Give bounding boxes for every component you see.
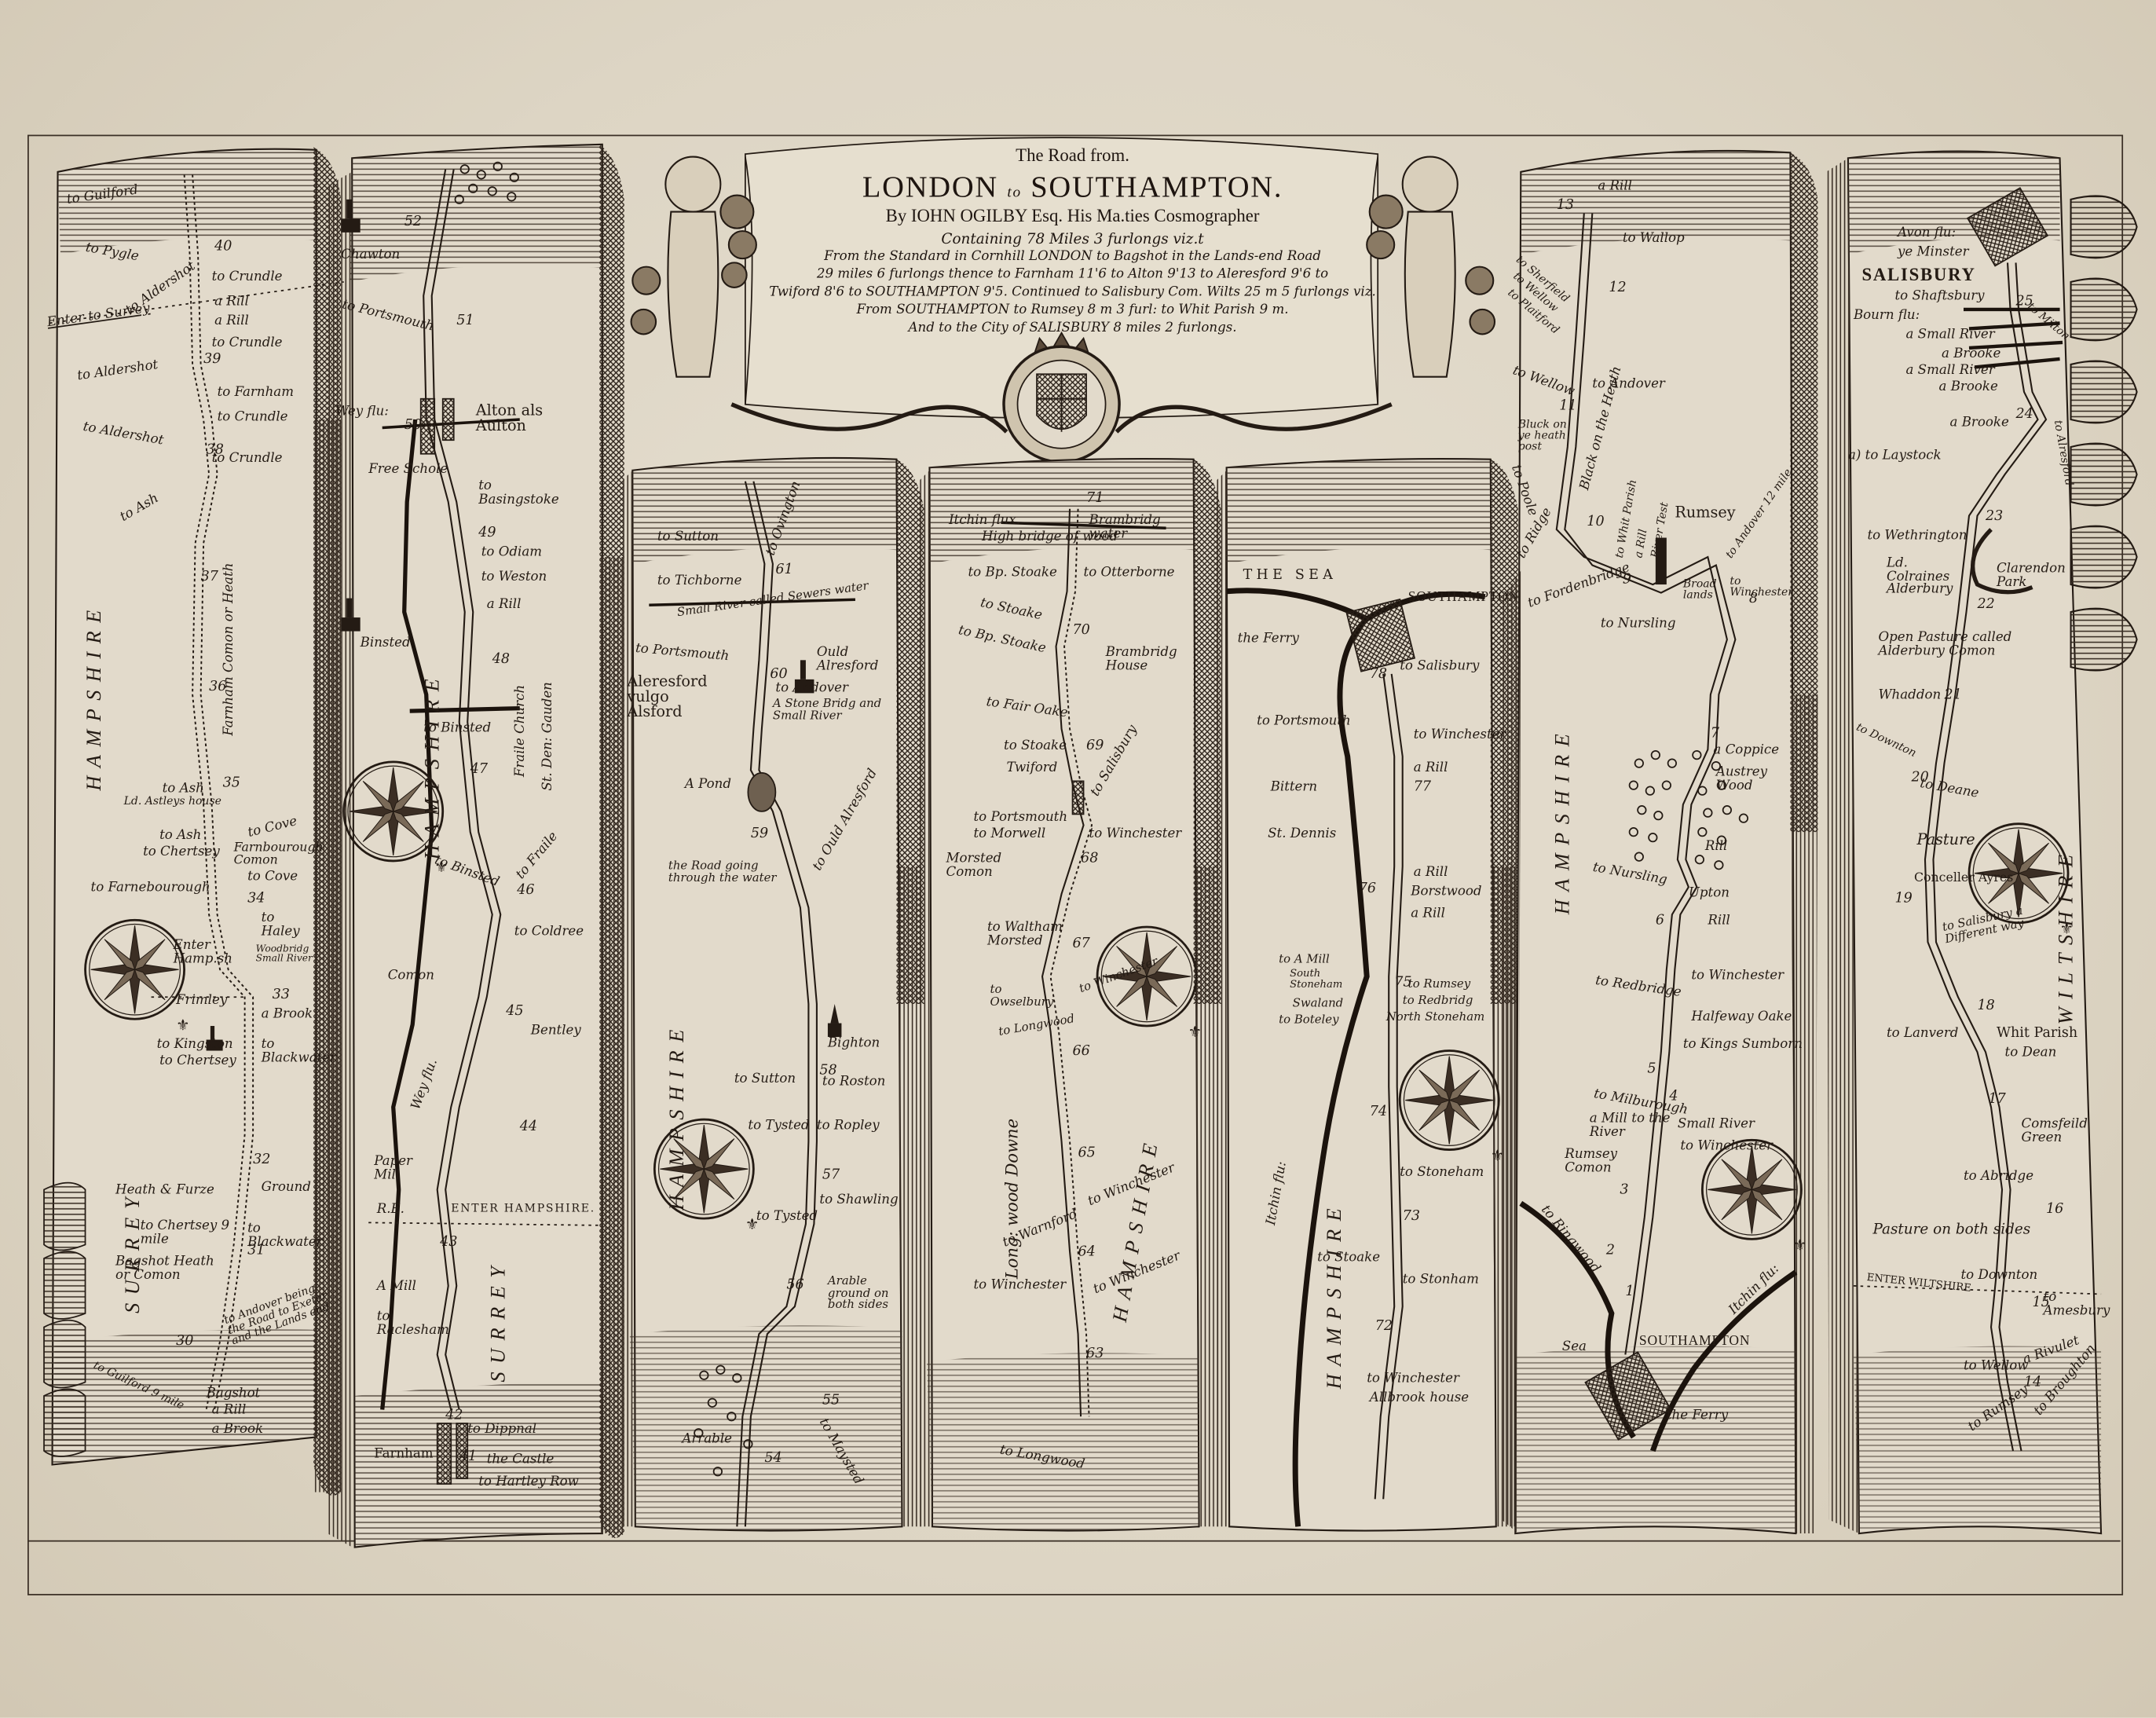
area-label: Pasture	[1916, 832, 1975, 847]
place-label: to Tichborne	[657, 575, 742, 588]
place-label: to Rumsey	[1408, 979, 1470, 991]
county-label-hampshire: HAMPSHIRE	[423, 671, 444, 859]
stream-label: a Rill	[1411, 907, 1445, 921]
mile-marker: 50	[404, 419, 422, 434]
place-label: to Weston	[481, 571, 547, 584]
town-label: Twiford	[1007, 762, 1058, 775]
county-label-hampshire: HAMPSHIRE	[1326, 1200, 1346, 1389]
stream-label: a Brooke	[1949, 416, 2008, 430]
mile-marker: 48	[492, 654, 510, 668]
mile-marker: 63	[1086, 1348, 1104, 1362]
town-label: Aleresford vulgo Alsford	[627, 674, 726, 720]
house-label: Ld. Colraines Alderbury	[1887, 557, 1969, 596]
mile-marker: 77	[1414, 781, 1431, 795]
place-label: to Shawling	[819, 1194, 898, 1207]
place-label: R.E.	[377, 1203, 404, 1217]
stream-label: a Rill	[214, 315, 249, 328]
mile-marker: 36	[209, 681, 226, 695]
place-label: to Crundle	[212, 271, 283, 284]
area-label: Arable ground on both sides	[828, 1277, 910, 1312]
mile-marker: 59	[751, 828, 768, 842]
town-label-southampton: SOUTHAMPTON	[1639, 1335, 1751, 1350]
place-label: Bentley	[531, 1024, 581, 1038]
place-label: to Roston	[822, 1075, 885, 1089]
place-label: to Cove	[247, 870, 298, 884]
strip-2: 52 Chawton to Portsmouth 51 Wey flu: Alt…	[328, 145, 633, 1520]
mile-marker: 31	[247, 1244, 265, 1258]
title-detail-line: And to the City of SALISBURY 8 miles 2 f…	[729, 319, 1416, 337]
place-label: to Waltham Morsted	[987, 921, 1064, 947]
place-label: Swaland	[1293, 998, 1344, 1010]
place-label: to Owselbury	[990, 985, 1060, 1009]
area-label: Ground	[262, 1181, 311, 1195]
stream-label: a Rill	[1598, 180, 1632, 193]
county-label-hampshire: HAMPSHIRE	[86, 602, 106, 790]
place-label: ye Minster	[1898, 246, 1969, 259]
place-label: Comsfeild Green	[2022, 1118, 2091, 1144]
title-author: By IOHN OGILBY Esq. His Ma.ties Cosmogra…	[729, 205, 1416, 227]
river-label: Avon flu:	[1898, 227, 1956, 240]
mile-marker: 41	[459, 1451, 477, 1465]
place-label: to Morwell	[973, 828, 1045, 841]
mile-marker: 11	[1559, 400, 1576, 414]
place-label: to Winchester	[1680, 1140, 1773, 1153]
strip-7: Avon flu: ye Minster SALISBURY 25 to Sha…	[1826, 145, 2156, 1520]
area-label: Comon	[388, 969, 434, 983]
place-label: to Coldree	[514, 925, 584, 939]
mile-marker: 18	[1978, 1000, 1995, 1014]
place-label: to Kings Sumborn	[1683, 1038, 1803, 1052]
title-detail-line: From the Standard in Cornhill LONDON to …	[729, 247, 1416, 266]
place-label: North Stoneham	[1386, 1013, 1485, 1024]
town-label-southampton: SOUTHAMPTON	[1408, 592, 1491, 606]
place-label: a) to Laystock	[1848, 449, 1942, 463]
mile-marker: 45	[506, 1006, 523, 1020]
place-label: to Wethrington	[1867, 529, 1967, 543]
river-label: Woodbridg Small River	[256, 945, 322, 965]
mile-marker: 17	[1989, 1093, 2006, 1108]
mile-marker: 78	[1370, 669, 1387, 683]
place-label: to Dean	[2005, 1046, 2057, 1060]
place-label: to Blackwater	[262, 1038, 317, 1064]
mile-marker: 32	[253, 1154, 270, 1168]
place-label: Chawton	[341, 249, 400, 262]
county-label-hampshire: HAMPSHIRE	[1554, 726, 1574, 914]
sea-label: Sea	[1562, 1341, 1587, 1354]
mile-marker: 55	[822, 1394, 840, 1408]
town-label: Alton als Aulton	[476, 403, 558, 434]
title-route: LONDON to SOUTHAMPTON.	[729, 169, 1416, 205]
mill-label: a Mill to the River	[1590, 1112, 1672, 1138]
place-label: to Wellow	[1964, 1360, 2028, 1373]
mile-marker: 72	[1375, 1321, 1393, 1335]
strip-3: to Sutton to Ovington 61 to Tichborne Sm…	[621, 454, 927, 1527]
title-destination: SOUTHAMPTON.	[1030, 169, 1283, 203]
mile-marker: 71	[1086, 493, 1104, 507]
mile-marker: 33	[273, 989, 290, 1003]
mile-marker: 22	[1978, 599, 1995, 613]
mile-marker: 39	[203, 353, 221, 368]
place-label: to Chertsey 9 mile	[141, 1220, 251, 1246]
county-boundary-label: ENTER HAMPSHIRE.	[451, 1203, 595, 1214]
mile-marker: 56	[786, 1279, 803, 1293]
place-label: to Binsted	[423, 722, 491, 735]
house-label: Conceller Ayres	[1914, 874, 2013, 886]
area-label: Pasture on both sides	[1872, 1222, 2030, 1236]
place-label: Fraile Church	[514, 685, 528, 777]
mile-marker: 65	[1078, 1147, 1096, 1161]
river-label: Bourn flu:	[1854, 310, 1920, 323]
place-label: to Winchester	[1691, 969, 1784, 983]
place-label: to Kingston	[157, 1038, 233, 1052]
mile-marker: 66	[1073, 1046, 1090, 1060]
mile-marker: 16	[2046, 1203, 2063, 1218]
place-label: Bagshot	[207, 1387, 261, 1401]
place-label: St. Dennis	[1268, 828, 1336, 841]
bridge-label: A Stone Bridg and Small River	[773, 698, 883, 722]
place-label: to Salisbury	[1400, 660, 1479, 673]
place-label: to Andover	[775, 682, 848, 695]
park-label: Clarendon Park	[1997, 562, 2079, 588]
area-label: Farnham Comon or Heath	[223, 563, 236, 736]
wood-label: Austrey Wood	[1716, 766, 1771, 792]
mile-marker: 51	[456, 315, 474, 329]
strip-2-scroll	[328, 145, 633, 1520]
title-line-1: The Road from.	[729, 145, 1416, 167]
place-label: to Haley	[262, 912, 303, 938]
place-label: Frimley	[176, 995, 227, 1008]
stream-label: Rill	[1708, 914, 1730, 928]
strip-1: to Guilford to Pygle 40 to Crundle to Al…	[42, 145, 347, 1520]
mile-marker: 61	[775, 564, 792, 578]
place-label: to Farnham	[218, 386, 294, 400]
post-label: Bluck on ye heath post	[1518, 419, 1573, 452]
area-label: Long: wood Downe	[1004, 1119, 1020, 1279]
mile-marker: 40	[214, 240, 232, 255]
sea-label: THE SEA	[1243, 570, 1337, 584]
stream-label: a Brook	[212, 1423, 263, 1437]
mile-marker: 12	[1609, 282, 1626, 296]
mile-marker: 19	[1894, 892, 1912, 907]
title-to: to	[1007, 185, 1021, 201]
river-label: Brambridg water	[1089, 515, 1186, 540]
title-detail-line: 29 miles 6 furlongs thence to Farnham 11…	[729, 266, 1416, 284]
mile-marker: 49	[478, 527, 496, 541]
place-label: to Stoake	[1317, 1251, 1380, 1265]
mile-marker: 8	[1749, 593, 1758, 607]
stream-label: a Rill	[214, 295, 249, 309]
ferry-label: the Ferry	[1238, 632, 1299, 646]
place-label: Bighton	[828, 1037, 880, 1050]
place-label: to Amesbury	[2044, 1291, 2104, 1317]
place-label: Borstwood	[1411, 885, 1481, 899]
mile-marker: 64	[1078, 1246, 1096, 1260]
mile-marker: 35	[223, 777, 240, 791]
mile-marker: 47	[470, 764, 488, 778]
place-label: to Shaftsbury	[1894, 290, 1984, 303]
town-label: Rumsey	[1675, 505, 1735, 520]
area-label: Rumsey Comon	[1565, 1148, 1620, 1174]
place-label: to Basingstoke	[478, 480, 575, 506]
mile-marker: 69	[1086, 740, 1104, 754]
place-label: Ould Alresford	[817, 647, 872, 672]
mile-marker: 2	[1606, 1244, 1615, 1258]
place-label: to Stoneham	[1400, 1167, 1484, 1180]
lower-margin	[27, 1540, 2121, 1594]
place-label: to Sutton	[734, 1073, 796, 1086]
county-label-surrey: SURREY	[124, 1189, 145, 1313]
mile-marker: 46	[517, 885, 534, 899]
place-label: to Winchester	[1414, 729, 1506, 742]
road-note: the Road going through the water	[668, 861, 792, 885]
place-label: to Chertsey	[159, 1055, 236, 1068]
county-label-hampshire: HAMPSHIRE	[668, 1021, 689, 1210]
mile-marker: 52	[404, 216, 422, 230]
map-sheet: ⚜ to Guil	[0, 0, 2156, 1718]
mile-marker: 6	[1656, 914, 1664, 929]
county-label-wiltshire: WILTSHIRE	[2057, 847, 2077, 1025]
place-label: to Crundle	[218, 411, 288, 424]
mile-marker: 67	[1073, 938, 1090, 952]
place-label: to Boteley	[1279, 1015, 1338, 1027]
pond-label: A Pond	[685, 778, 731, 792]
place-label: to Crundle	[212, 452, 283, 466]
river-label: Wey flu:	[335, 405, 389, 419]
estate-label: Broad lands	[1683, 579, 1725, 601]
mile-marker: 24	[2016, 408, 2033, 423]
map-title: The Road from. LONDON to SOUTHAMPTON. By…	[729, 145, 1416, 337]
stream-label: a Brooke	[1942, 348, 2000, 361]
mile-marker: 21	[1944, 689, 1961, 703]
stream-label: a Rill	[212, 1404, 247, 1417]
place-label: to Hartley Row	[478, 1476, 579, 1489]
place-label: to Raclesham	[377, 1310, 432, 1336]
place-label: to Bp. Stoake	[968, 566, 1056, 580]
place-label: to Sutton	[657, 531, 719, 544]
place-label: to Stoake	[1004, 740, 1067, 753]
mile-marker: 23	[1986, 511, 2003, 525]
place-label: to Winchester	[973, 1279, 1066, 1292]
place-label: to Downton	[1960, 1269, 2037, 1283]
mile-marker: 44	[520, 1121, 537, 1135]
town-label: Whit Parish	[1997, 1028, 2077, 1042]
place-label: to Otterborne	[1084, 566, 1175, 580]
strip-4-scroll	[918, 454, 1224, 1540]
place-label: to Dippnal	[467, 1423, 536, 1437]
strip-6-scroll	[1502, 145, 1821, 1533]
stream-label: a Rill	[487, 599, 522, 612]
county-boundary-label: Enter Hamp.sh	[174, 940, 243, 965]
place-label: to Crundle	[212, 337, 283, 350]
mile-marker: 34	[247, 892, 265, 907]
place-label: to Tysted	[748, 1119, 809, 1133]
place-label: Paper Mill	[374, 1156, 429, 1181]
place-label: to Wallop	[1623, 233, 1685, 246]
place-label: Bittern	[1271, 781, 1317, 794]
ferry-label: the Ferry	[1667, 1409, 1728, 1423]
place-label: to Portsmouth	[973, 811, 1067, 825]
mile-marker: 74	[1370, 1106, 1387, 1120]
place-label: A Mill	[377, 1280, 416, 1294]
place-label: to Nursling	[1601, 617, 1676, 631]
mile-marker: 13	[1557, 200, 1574, 214]
place-label: to Lanverd	[1887, 1028, 1959, 1041]
mile-marker: 7	[1711, 727, 1719, 742]
stream-label: a Small River	[1905, 364, 1994, 378]
place-label: to Farnebourough	[91, 881, 210, 895]
mile-marker: 42	[445, 1409, 463, 1423]
place-label: to Winchester	[1089, 828, 1182, 841]
place-label: Upton	[1689, 887, 1730, 900]
stream-label: a Rill	[1414, 762, 1448, 775]
wood-label: a Coppice	[1713, 744, 1779, 757]
mile-marker: 5	[1647, 1063, 1656, 1077]
mile-marker: 73	[1403, 1211, 1420, 1225]
area-label: Morsted Comon	[946, 852, 1015, 878]
title-origin: LONDON	[862, 169, 998, 203]
strip-6: a Rill 13 to Wallop to Sherfield to Well…	[1502, 145, 1818, 1520]
county-label-surrey: SURREY	[489, 1258, 510, 1383]
place-label: to Abridge	[1964, 1170, 2033, 1184]
title-distance: Containing 78 Miles 3 furlongs viz.t	[729, 231, 1416, 247]
place-label: to Redbridg	[1403, 996, 1473, 1008]
strip-4: 71 Itchin flux. High bridge of wood Bram…	[918, 454, 1224, 1527]
mile-marker: 37	[201, 571, 218, 585]
place-label: to Winchester	[1367, 1372, 1459, 1386]
place-label: South Stoneham	[1290, 968, 1339, 988]
stream-label: Rill	[1705, 841, 1728, 854]
tree-label: Halfeway Oake	[1691, 1011, 1792, 1024]
place-label: to Chertsey	[143, 846, 220, 859]
place-label: Ld. Astleys house	[124, 797, 221, 808]
house-label: Allbrook house	[1370, 1392, 1469, 1405]
place-label: Binsted	[361, 637, 411, 650]
area-label: Arrable	[682, 1433, 732, 1446]
place-label: to Odiam	[481, 546, 542, 559]
mile-marker: 10	[1587, 516, 1604, 530]
stream-label: a Small River	[1905, 328, 1994, 342]
place-label: to A Mill	[1279, 954, 1330, 966]
place-label: the Castle	[487, 1453, 555, 1467]
mile-marker: 68	[1081, 852, 1098, 866]
mile-marker: 54	[764, 1452, 782, 1467]
river-label: Itchin flux.	[949, 515, 1020, 528]
place-label: to Ropley	[817, 1119, 880, 1133]
mile-marker: 4	[1669, 1090, 1678, 1104]
stream-label: a Brook	[262, 1008, 313, 1021]
stream-label: a Brooke	[1938, 381, 1997, 394]
city-label-salisbury: SALISBURY	[1861, 266, 1975, 284]
place-label: to Tysted	[756, 1211, 818, 1224]
strip-5: THE SEA SOUTHAMPTON the Ferry 78 to Sali…	[1216, 454, 1521, 1527]
place-label: to Ash	[163, 782, 204, 796]
area-label: Bagshot Heath or Comon	[115, 1255, 225, 1281]
house-label: Brambridg House	[1106, 647, 1188, 672]
title-detail-line: From SOUTHAMPTON to Rumsey 8 m 3 furl: t…	[729, 301, 1416, 319]
place-label: to Portsmouth	[1257, 715, 1351, 728]
mile-marker: 1	[1625, 1286, 1634, 1300]
title-detail-line: Twiford 8'6 to SOUTHAMPTON 9'5. Continue…	[729, 284, 1416, 302]
stream-label: a Rill	[1414, 866, 1448, 880]
place-label: to Ash	[159, 830, 201, 843]
mile-marker: 9	[1623, 573, 1631, 588]
mile-marker: 3	[1620, 1184, 1628, 1198]
area-label: Farnbourough Comon	[234, 843, 322, 868]
place-label: St. Den: Gauden	[542, 682, 555, 791]
town-label: Farnham	[374, 1448, 415, 1461]
place-label: Whaddon	[1878, 689, 1941, 702]
mile-marker: 30	[176, 1335, 193, 1350]
place-label: Free Schole	[368, 463, 448, 477]
area-label: Open Pasture called Alderbury Comon	[1878, 632, 2043, 658]
mile-marker: 43	[440, 1236, 457, 1251]
river-label: Small River	[1678, 1118, 1755, 1131]
mile-marker: 76	[1359, 883, 1376, 897]
mile-marker: 57	[822, 1169, 840, 1183]
mile-marker: 70	[1073, 625, 1090, 639]
strip-3-scroll	[621, 454, 927, 1540]
place-label: to Stonham	[1403, 1273, 1479, 1287]
